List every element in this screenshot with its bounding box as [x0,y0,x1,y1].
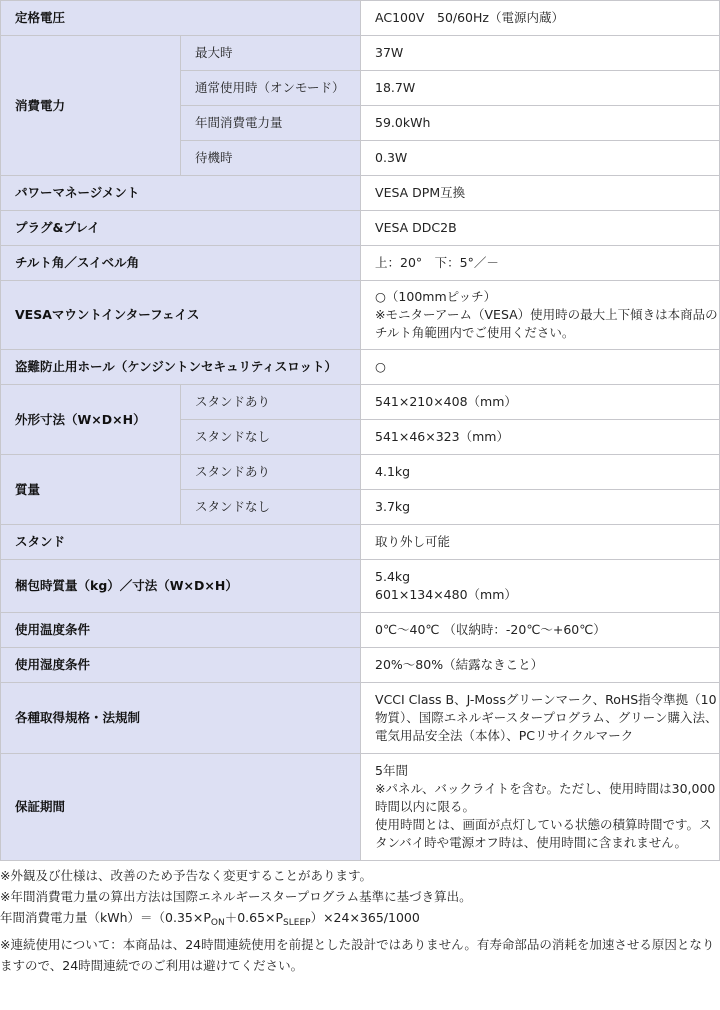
label-security-slot: 盗難防止用ホール（ケンジントンセキュリティスロット） [1,350,361,385]
label-tilt-swivel: チルト角／スイベル角 [1,246,361,281]
value-tilt-swivel: 上：20° 下：5°／－ [361,246,720,281]
row-warranty: 保証期間 5年間 ※パネル、バックライトを含む。ただし、使用時間は30,000時… [1,754,720,861]
label-certifications: 各種取得規格・法規制 [1,683,361,754]
label-weight: 質量 [1,455,181,525]
sublabel-dimensions-without-stand: スタンドなし [181,420,361,455]
row-dimensions-with-stand: 外形寸法（W×D×H） スタンドあり 541×210×408（mm） [1,385,720,420]
formula-sub-on: ON [211,918,225,928]
row-weight-with-stand: 質量 スタンドあり 4.1kg [1,455,720,490]
value-weight-with-stand: 4.1kg [361,455,720,490]
sublabel-power-annual: 年間消費電力量 [181,106,361,141]
formula-suffix: ）×24×365/1000 [311,910,420,925]
sublabel-weight-without-stand: スタンドなし [181,490,361,525]
label-power-management: パワーマネージメント [1,176,361,211]
sublabel-power-on: 通常使用時（オンモード） [181,71,361,106]
value-rated-voltage: AC100V 50/60Hz（電源内蔵） [361,1,720,36]
row-humidity: 使用湿度条件 20%～80%（結露なきこと） [1,648,720,683]
row-temperature: 使用温度条件 0℃～40℃ （収納時：-20℃～+60℃） [1,613,720,648]
note-energy-calculation: ※年間消費電力量の算出方法は国際エネルギースタープログラム基準に基づき算出。 [0,886,720,907]
row-rated-voltage: 定格電圧 AC100V 50/60Hz（電源内蔵） [1,1,720,36]
row-certifications: 各種取得規格・法規制 VCCI Class B、J-Mossグリーンマーク、Ro… [1,683,720,754]
value-power-annual: 59.0kWh [361,106,720,141]
note-appearance-change: ※外観及び仕様は、改善のため予告なく変更することがあります。 [0,865,720,886]
row-power-max: 消費電力 最大時 37W [1,36,720,71]
row-package: 梱包時質量（kg）／寸法（W×D×H） 5.4kg 601×134×480（mm… [1,560,720,613]
footnotes: ※外観及び仕様は、改善のため予告なく変更することがあります。 ※年間消費電力量の… [0,861,720,976]
label-warranty: 保証期間 [1,754,361,861]
value-power-on: 18.7W [361,71,720,106]
value-power-management: VESA DPM互換 [361,176,720,211]
label-humidity: 使用湿度条件 [1,648,361,683]
label-rated-voltage: 定格電圧 [1,1,361,36]
row-stand: スタンド 取り外し可能 [1,525,720,560]
label-plug-and-play: プラグ&プレイ [1,211,361,246]
value-vesa-mount: ○（100mmピッチ） ※モニターアーム（VESA）使用時の最大上下傾きは本商品… [361,281,720,350]
label-power-consumption: 消費電力 [1,36,181,176]
value-humidity: 20%～80%（結露なきこと） [361,648,720,683]
value-weight-without-stand: 3.7kg [361,490,720,525]
label-package: 梱包時質量（kg）／寸法（W×D×H） [1,560,361,613]
row-plug-and-play: プラグ&プレイ VESA DDC2B [1,211,720,246]
label-stand: スタンド [1,525,361,560]
sublabel-weight-with-stand: スタンドあり [181,455,361,490]
formula-sub-sleep: SLEEP [283,918,311,928]
row-power-management: パワーマネージメント VESA DPM互換 [1,176,720,211]
value-power-standby: 0.3W [361,141,720,176]
row-vesa-mount: VESAマウントインターフェイス ○（100mmピッチ） ※モニターアーム（VE… [1,281,720,350]
value-plug-and-play: VESA DDC2B [361,211,720,246]
value-temperature: 0℃～40℃ （収納時：-20℃～+60℃） [361,613,720,648]
sublabel-dimensions-with-stand: スタンドあり [181,385,361,420]
note-continuous-use: ※連続使用について：本商品は、24時間連続使用を前提とした設計ではありません。有… [0,934,716,976]
note-formula: 年間消費電力量（kWh）＝（0.35×PON＋0.65×PSLEEP）×24×3… [0,907,720,934]
value-certifications: VCCI Class B、J-Mossグリーンマーク、RoHS指令準拠（10物質… [361,683,720,754]
sublabel-power-max: 最大時 [181,36,361,71]
row-security-slot: 盗難防止用ホール（ケンジントンセキュリティスロット） ○ [1,350,720,385]
value-warranty: 5年間 ※パネル、バックライトを含む。ただし、使用時間は30,000時間以内に限… [361,754,720,861]
sublabel-power-standby: 待機時 [181,141,361,176]
value-dimensions-without-stand: 541×46×323（mm） [361,420,720,455]
value-power-max: 37W [361,36,720,71]
value-dimensions-with-stand: 541×210×408（mm） [361,385,720,420]
label-vesa-mount: VESAマウントインターフェイス [1,281,361,350]
formula-mid: ＋0.65×P [225,910,283,925]
spec-table: 定格電圧 AC100V 50/60Hz（電源内蔵） 消費電力 最大時 37W 通… [0,0,720,861]
label-temperature: 使用温度条件 [1,613,361,648]
formula-prefix: 年間消費電力量（kWh）＝（0.35×P [0,910,211,925]
value-package: 5.4kg 601×134×480（mm） [361,560,720,613]
value-stand: 取り外し可能 [361,525,720,560]
label-dimensions: 外形寸法（W×D×H） [1,385,181,455]
value-security-slot: ○ [361,350,720,385]
row-tilt-swivel: チルト角／スイベル角 上：20° 下：5°／－ [1,246,720,281]
